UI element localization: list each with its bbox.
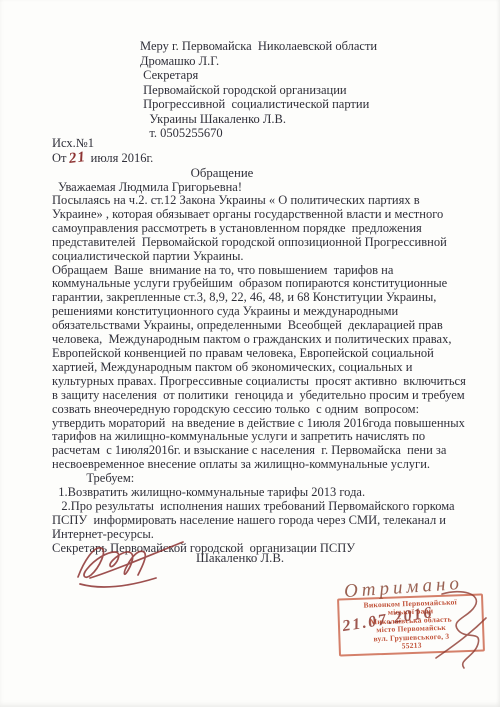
text-line: человека, Международным пактом о граждан… (52, 333, 466, 347)
date-prefix: От (52, 151, 67, 165)
date-rest: июля 2016г. (88, 151, 154, 165)
text-line: Украине» , которая обязывает органы госу… (52, 208, 466, 222)
text-line: обязательствами Украины, определенными В… (52, 319, 466, 333)
text-line: расчетам с 1июля2016г. и взыскание с нас… (52, 444, 466, 458)
letter-title: Обращение (52, 166, 392, 181)
text-line: коммунальные услуги грубейшим образом по… (52, 277, 466, 291)
text-line: Первомайской городской организации (140, 83, 377, 98)
handwritten-day: 21 (68, 150, 87, 167)
stamp-signature-scribble (428, 588, 494, 672)
text-line: Европейской конвенцией по правам человек… (52, 347, 466, 361)
letter-body: Посылаясь на ч.2. ст.12 Закона Украины «… (52, 194, 466, 556)
recipient-block: Меру г. Первомайска Николаевской области… (140, 39, 377, 141)
text-line: гарантии, закрепленные ст.3, 8,9, 22, 46… (52, 291, 466, 305)
text-line: Обращаем Ваше внимание на то, что повыше… (52, 264, 466, 278)
text-line: Дромашко Л.Г. (140, 54, 377, 69)
text-line: созвать внеочередную городскую сессию то… (52, 403, 466, 417)
text-line: представителей Первомайской городской оп… (52, 236, 466, 250)
text-line: хартией, Международным пактом об экономи… (52, 361, 466, 375)
text-line: несвоевременное внесение оплаты за жилищ… (52, 458, 466, 472)
ref-number: Исх.№1 (52, 136, 153, 151)
text-line: самоуправления рассмотреть в установленн… (52, 222, 466, 236)
text-line: Меру г. Первомайска Николаевской области (140, 39, 377, 54)
ref-date-block: Исх.№1 От21 июля 2016г. (52, 136, 153, 165)
text-line: ПСПУ информировать население нашего горо… (52, 514, 466, 528)
letter-page: Меру г. Первомайска Николаевской области… (0, 0, 500, 707)
signature-scribble (68, 533, 198, 595)
text-line: социалистической партии Украины. (52, 250, 466, 264)
text-line: в защиту населения от политики геноцида … (52, 389, 466, 403)
text-line: 1.Возвратить жилищно-коммунальные тарифы… (52, 486, 466, 500)
date-line: От21 июля 2016г. (52, 151, 153, 166)
text-line: Украины Шакаленко Л.В. (140, 112, 377, 127)
text-line: Требуем: (52, 472, 466, 486)
text-line: Секретаря (140, 68, 377, 83)
text-line: Посылаясь на ч.2. ст.12 Закона Украины «… (52, 194, 466, 208)
text-line: 2.Про результаты исполнения наших требов… (52, 500, 466, 514)
text-line: решениями конституционного суда Украины … (52, 305, 466, 319)
signatory-name: Шакаленко Л.В. (196, 551, 284, 566)
text-line: т. 0505255670 (140, 126, 377, 141)
text-line: Прогрессивной социалистической партии (140, 97, 377, 112)
text-line: тарифов на жилищно-коммунальные услуги и… (52, 430, 466, 444)
text-line: утвердить мораторий на введение в действ… (52, 417, 466, 431)
text-line: культурных правах. Прогрессивные социали… (52, 375, 466, 389)
